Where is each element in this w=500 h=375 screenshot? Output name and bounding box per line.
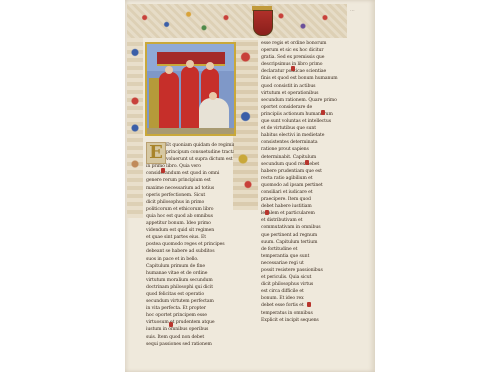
floor	[147, 128, 234, 134]
rubric-mark	[305, 160, 309, 165]
text-line: debeant se habere ad subditos	[146, 248, 234, 255]
text-line: secundum rationem. Quare primo	[261, 97, 357, 104]
figure-head	[209, 92, 217, 100]
left-text-column: Et quoniam quidam de regimineprincipum c…	[146, 142, 234, 347]
manuscript-page: ... Et quoniam quidam de regimineprincip…	[125, 0, 375, 372]
text-line: debet habere iustitiam	[261, 203, 357, 210]
text-line: finis et quod est bonum humanum	[261, 75, 357, 82]
text-line: dicit philosophus in primo	[146, 199, 234, 206]
decorated-initial: E	[146, 142, 166, 164]
text-line: habere prudentiam que est	[261, 168, 357, 175]
text-line: quomodo ad ipsam pertinet	[261, 182, 357, 189]
text-line: de fortitudine et	[261, 246, 357, 253]
text-line: suis. Item quod non debet	[146, 334, 234, 341]
rubric-mark	[161, 168, 165, 173]
red-robed-figure	[181, 66, 199, 130]
text-line: commutativam in omnibus	[261, 224, 357, 231]
text-line: politicorum et ethicorum libro	[146, 206, 234, 213]
text-line: operum et sic ex hoc dicitur	[261, 47, 357, 54]
text-line: possit resistere passionibus	[261, 267, 357, 274]
text-line: dicit philosophus virtus	[261, 281, 357, 288]
text-line: secundum quod rex debet	[261, 161, 357, 168]
text-line: et periculis. Quia sicut	[261, 274, 357, 281]
text-line: consiliari et iudicare et	[261, 189, 357, 196]
rubric-mark	[307, 302, 311, 307]
text-line: oportet considerare de	[261, 104, 357, 111]
text-line: iustum in omnibus operibus	[146, 326, 234, 333]
text-line: temperatus in omnibus	[261, 310, 357, 317]
text-line: operis perfectionem. Sicut	[146, 192, 234, 199]
coat-of-arms	[253, 10, 273, 36]
text-line: in vita perfecta. Et propter	[146, 305, 234, 312]
text-line: virtuosum et prudentem atque	[146, 319, 234, 326]
figure-head	[206, 62, 214, 70]
text-line: considerandum est quod in omni	[146, 170, 234, 177]
rubric-mark	[321, 110, 325, 115]
text-line: postea quomodo reges et principes	[146, 241, 234, 248]
right-text-column: esse regis et ordine bonorumoperum et si…	[261, 40, 357, 340]
text-line: esse regis et ordine bonorum	[261, 40, 357, 47]
figure-head	[165, 66, 173, 74]
text-line: virtutum moralium secundum	[146, 277, 234, 284]
rubric-mark	[265, 210, 269, 215]
text-line: ratione prout sapiens	[261, 146, 357, 153]
rubric-mark	[291, 66, 295, 71]
text-line: quod felicitas est operatio	[146, 291, 234, 298]
text-line: humanae vitae et de ordine	[146, 270, 234, 277]
text-line: legalem et particularem	[261, 210, 357, 217]
text-line: necessariae regi ut	[261, 260, 357, 267]
text-line: habitus electivi in medietate	[261, 132, 357, 139]
text-line: et de virtutibus que sunt	[261, 125, 357, 132]
text-line: hoc oportet principem esse	[146, 312, 234, 319]
text-line: videndum est quid sit regimen	[146, 227, 234, 234]
text-line: recta ratio agibilium et	[261, 175, 357, 182]
text-line: consistentes determinata	[261, 139, 357, 146]
text-line: quia hoc est quod ab omnibus	[146, 213, 234, 220]
text-line: gratia. Sed ex premissis que	[261, 54, 357, 61]
marginal-note: ...	[350, 8, 370, 22]
text-line: suum. Capitulum tertium	[261, 239, 357, 246]
text-line: appetitur bonum. Ideo primo	[146, 220, 234, 227]
text-line: maxime necessarium ad totius	[146, 185, 234, 192]
text-line: determinabit. Capitulum	[261, 154, 357, 161]
text-line: Explicit et incipit sequens	[261, 317, 357, 324]
rubric-mark	[169, 322, 173, 327]
top-floral-border	[127, 4, 347, 38]
text-line: in primo libro. Quia vero	[146, 163, 234, 170]
text-line: temperantia que sunt	[261, 253, 357, 260]
text-line: principiis actionum humanarum	[261, 111, 357, 118]
text-line: secundum virtutem perfectam	[146, 298, 234, 305]
text-line: doctrinam philosophi qui dicit	[146, 284, 234, 291]
center-floral-border	[233, 40, 258, 210]
text-line: Capitulum primum de fine	[146, 263, 234, 270]
red-robed-figure	[159, 72, 179, 130]
text-line: que sunt voluntas et intellectus	[261, 118, 357, 125]
text-line: genere rerum principium est	[146, 177, 234, 184]
kneeling-figure	[199, 98, 229, 130]
figure-head	[186, 60, 194, 68]
text-line: suos in pace et in bello.	[146, 256, 234, 263]
miniature-illustration	[145, 42, 236, 136]
text-line: et distributivam et	[261, 217, 357, 224]
text-line: que pertinent ad regnum	[261, 232, 357, 239]
text-line: declaratur politicae scientiae	[261, 68, 357, 75]
text-line: est circa difficile et	[261, 288, 357, 295]
text-line: descripsimus in libro primo	[261, 61, 357, 68]
text-line: quod consistit in actibus	[261, 83, 357, 90]
text-line: et quae sint partes eius. Et	[146, 234, 234, 241]
left-floral-border	[127, 38, 143, 218]
text-line: sequi passiones sed rationem	[146, 341, 234, 347]
text-line: virtutum et operationibus	[261, 90, 357, 97]
text-line: praecipere. Item quod	[261, 196, 357, 203]
